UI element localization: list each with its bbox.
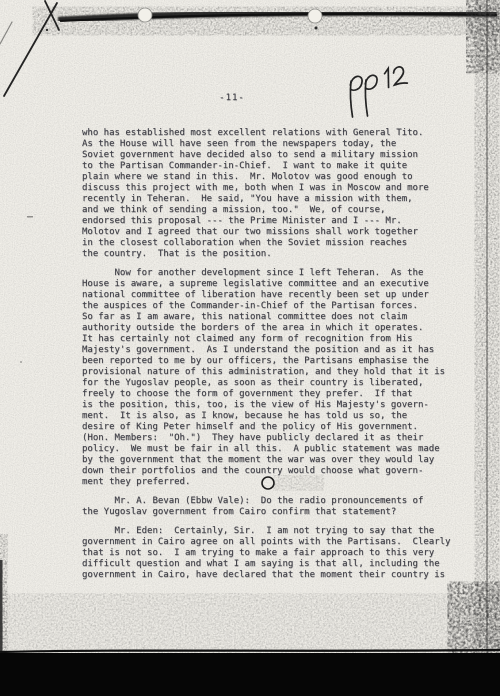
- paragraph: Mr. A. Bevan (Ebbw Vale): Do the radio p…: [82, 496, 450, 518]
- text-line: the country. That is the position.: [82, 249, 450, 260]
- document-body: who has established most excellent relat…: [82, 128, 450, 581]
- text-line: been reported to me by our officers, the…: [82, 356, 450, 367]
- text-line: provisional nature of this administratio…: [82, 367, 450, 378]
- text-line: ment they preferred.: [82, 477, 450, 488]
- text-line: So far as I am aware, this national comm…: [82, 312, 450, 323]
- text-line: down their portfolios and the country wo…: [82, 466, 450, 477]
- page-number: -11-: [200, 93, 264, 103]
- text-line: policy. We must be fair in all this. A p…: [82, 444, 450, 455]
- text-line: endorsed this proposal --- the Prime Min…: [82, 216, 450, 227]
- text-line: It has certainly not claimed any form of…: [82, 334, 450, 345]
- punch-hole-right-icon: [308, 9, 322, 23]
- text-line: Soviet government have decided also to s…: [82, 150, 450, 161]
- text-line: authority outside the borders of the are…: [82, 323, 450, 334]
- top-smudge-noise: [55, 8, 500, 34]
- punch-hole-left-icon: [138, 8, 152, 22]
- text-line: by the government that the moment the wa…: [82, 455, 450, 466]
- text-line: discuss this project with me, both when …: [82, 183, 450, 194]
- handwritten-note: [340, 61, 422, 126]
- text-line: Mr. Eden: Certainly, Sir. I am not tryin…: [82, 526, 450, 537]
- left-edge-line: [0, 560, 3, 652]
- right-edge-line: [487, 0, 488, 653]
- text-line: in the closest collaboration when the So…: [82, 238, 450, 249]
- text-line: national committee of liberation have re…: [82, 290, 450, 301]
- text-line: Now for another development since I left…: [82, 268, 450, 279]
- text-line: As the House will have seen from the new…: [82, 139, 450, 150]
- corner-fold-lines: [0, 1, 59, 96]
- text-line: difficult question and what I am saying …: [82, 559, 450, 570]
- bottom-divider-line: [0, 650, 500, 652]
- top-smudge-band-core: [60, 14, 497, 21]
- text-line: desire of King Peter himself and the pol…: [82, 422, 450, 433]
- text-line: is the position, this, too, is the view …: [82, 400, 450, 411]
- text-line: House is aware, a supreme legislative co…: [82, 279, 450, 290]
- right-edge-blotch-top: [468, 0, 500, 70]
- paragraph: who has established most excellent relat…: [82, 128, 450, 260]
- bottom-black-band: [0, 653, 500, 696]
- text-line: (Hon. Members: "Oh.") They have publicly…: [82, 433, 450, 444]
- text-line: and we think of sending a mission, too."…: [82, 205, 450, 216]
- scan-page: -11- who has established most excellent …: [0, 0, 500, 696]
- margin-dot-mark: [20, 361, 22, 363]
- text-line: that is not so. I am trying to make a fa…: [82, 548, 450, 559]
- text-line: ment. It is also, as I know, because he …: [82, 411, 450, 422]
- right-edge-noise: [476, 0, 498, 655]
- text-line: plain where we stand in this. Mr. Moloto…: [82, 172, 450, 183]
- text-line: government in Cairo agree on all points …: [82, 537, 450, 548]
- text-line: the auspices of the Commander-in-Chief o…: [82, 301, 450, 312]
- text-line: to the Partisan Commander-in-Chief. I wa…: [82, 161, 450, 172]
- text-line: freely to choose the form of government …: [82, 389, 450, 400]
- top-smudge-band: [58, 13, 497, 20]
- text-line: the Yugoslav government from Cairo confi…: [82, 507, 450, 518]
- text-line: for the Yugoslav people, as soon as thei…: [82, 378, 450, 389]
- text-line: who has established most excellent relat…: [82, 128, 450, 139]
- punch-hole-right-dot: [315, 27, 318, 30]
- text-line: Majesty's government. As I understand th…: [82, 345, 450, 356]
- paragraph: Now for another development since I left…: [82, 268, 450, 488]
- margin-dash-mark: [27, 216, 33, 218]
- paragraph: Mr. Eden: Certainly, Sir. I am not tryin…: [82, 526, 450, 581]
- text-line: Mr. A. Bevan (Ebbw Vale): Do the radio p…: [82, 496, 450, 507]
- text-line: government in Cairo, have declared that …: [82, 570, 450, 581]
- bottom-smudge: [0, 596, 500, 650]
- right-edge-blotch-bottom: [450, 585, 500, 653]
- text-line: Molotov and I agreed that our two missio…: [82, 227, 450, 238]
- left-edge-noise: [0, 540, 7, 652]
- text-line: recently in Teheran. He said, "You have …: [82, 194, 450, 205]
- handwriting-pp12-icon: [340, 61, 422, 122]
